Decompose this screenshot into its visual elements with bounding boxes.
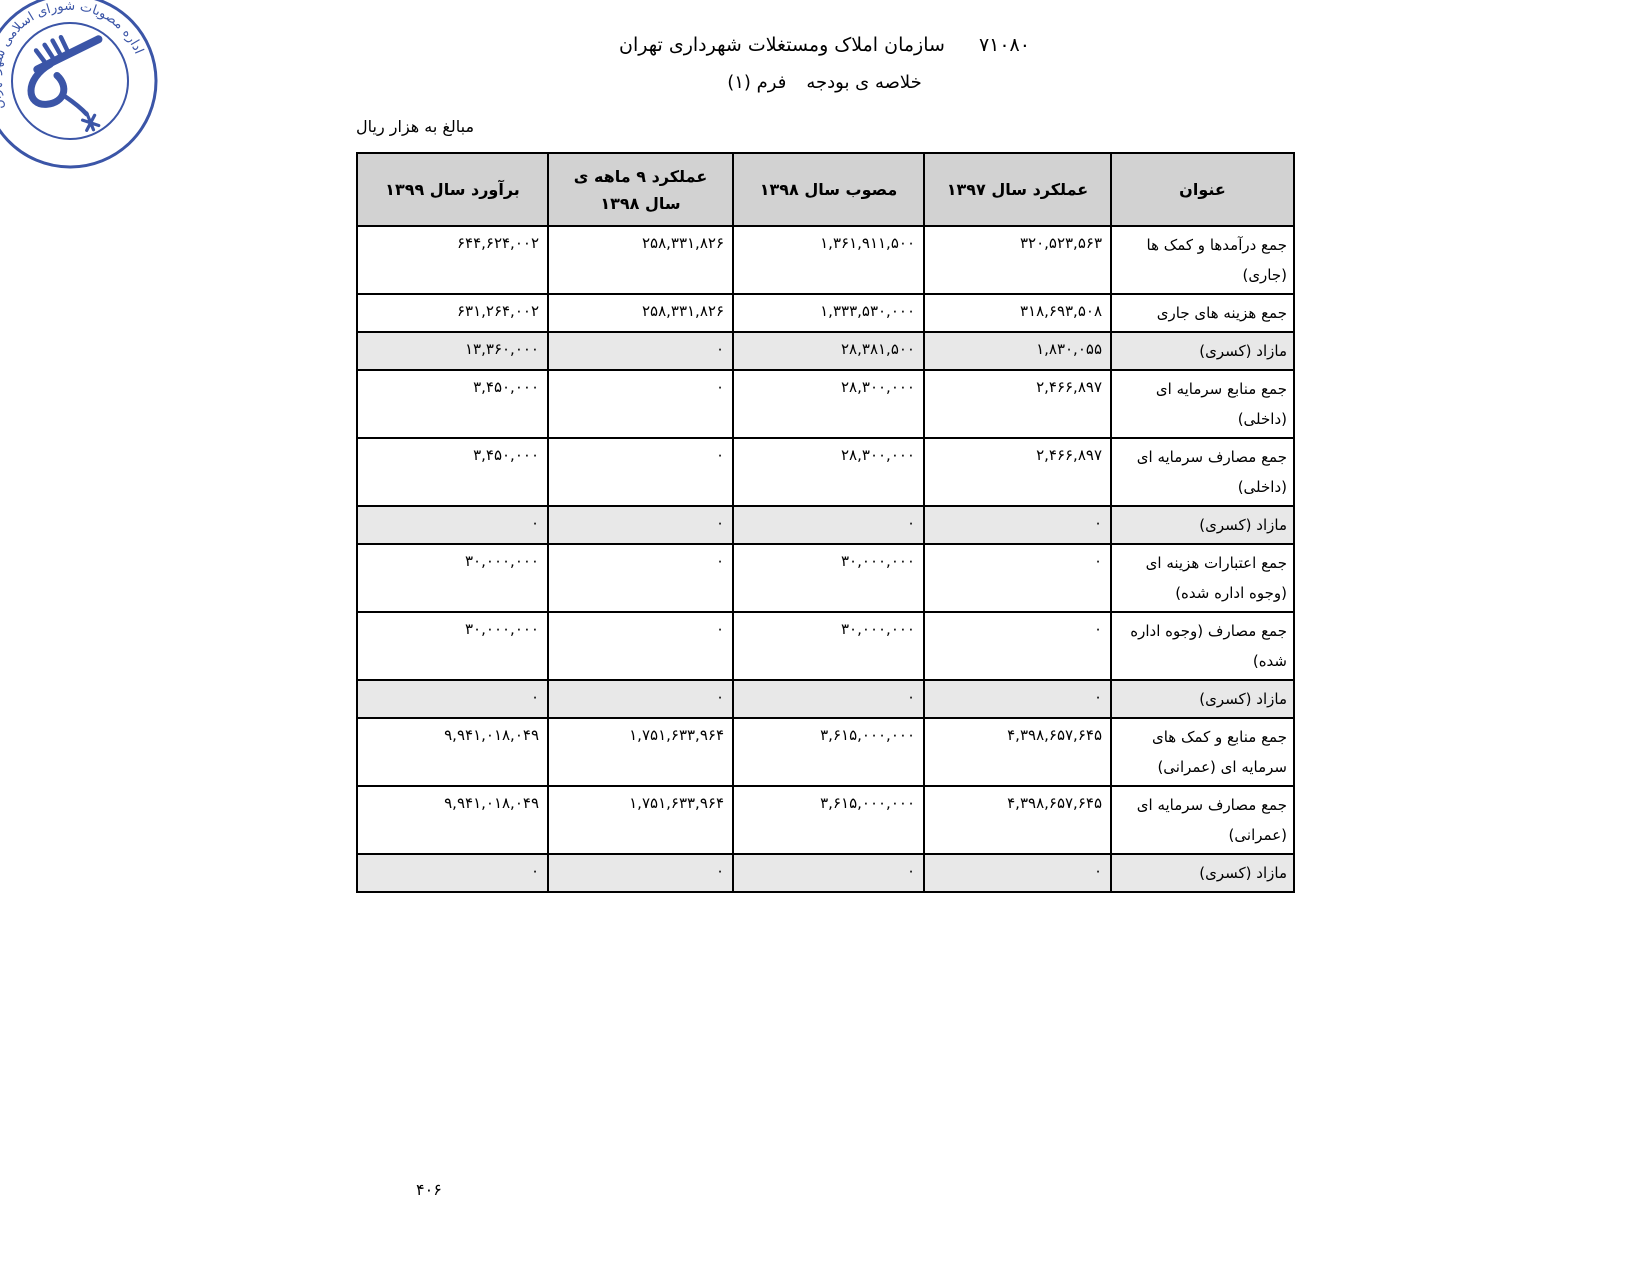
row-title-cell: جمع منابع و کمک های سرمایه ای (عمرانی) xyxy=(1111,718,1294,786)
row-title-cell: جمع مصارف سرمایه ای (داخلی) xyxy=(1111,438,1294,506)
table-row: جمع مصارف سرمایه ای (داخلی) ۲,۴۶۶,۸۹۷ ۲۸… xyxy=(357,438,1294,506)
value-cell-1398-approved: ۰ xyxy=(733,506,924,544)
value-cell-1399-estimate: ۹,۹۴۱,۰۱۸,۰۴۹ xyxy=(357,786,548,854)
value-cell-1398-approved: ۲۸,۳۸۱,۵۰۰ xyxy=(733,332,924,370)
column-header-estimate-1399: برآورد سال ۱۳۹۹ xyxy=(357,153,548,226)
value-cell-1398-9month: ۰ xyxy=(548,332,733,370)
value-cell-1397: ۲,۴۶۶,۸۹۷ xyxy=(924,438,1111,506)
table-row: مازاد (کسری) ۰ ۰ ۰ ۰ xyxy=(357,680,1294,718)
value-cell-1399-estimate: ۱۳,۳۶۰,۰۰۰ xyxy=(357,332,548,370)
value-cell-1398-9month: ۱,۷۵۱,۶۳۳,۹۶۴ xyxy=(548,718,733,786)
value-cell-1399-estimate: ۳۰,۰۰۰,۰۰۰ xyxy=(357,612,548,680)
row-title-cell: مازاد (کسری) xyxy=(1111,506,1294,544)
row-title-cell: جمع مصارف سرمایه ای (عمرانی) xyxy=(1111,786,1294,854)
table-row: جمع اعتبارات هزینه ای (وجوه اداره شده) ۰… xyxy=(357,544,1294,612)
value-cell-1398-approved: ۰ xyxy=(733,854,924,892)
column-header-approved-1398: مصوب سال ۱۳۹۸ xyxy=(733,153,924,226)
budget-table-body: جمع درآمدها و کمک ها (جاری) ۳۲۰,۵۲۳,۵۶۳ … xyxy=(357,226,1294,892)
form-number: فرم (۱) xyxy=(727,72,786,93)
value-cell-1398-approved: ۳۰,۰۰۰,۰۰۰ xyxy=(733,544,924,612)
council-emblem-icon xyxy=(15,24,129,146)
table-row: جمع هزینه های جاری ۳۱۸,۶۹۳,۵۰۸ ۱,۳۳۳,۵۳۰… xyxy=(357,294,1294,332)
value-cell-1398-approved: ۱,۳۶۱,۹۱۱,۵۰۰ xyxy=(733,226,924,294)
value-cell-1399-estimate: ۰ xyxy=(357,506,548,544)
value-cell-1397: ۴,۳۹۸,۶۵۷,۶۴۵ xyxy=(924,786,1111,854)
row-title-cell: جمع منابع سرمایه ای (داخلی) xyxy=(1111,370,1294,438)
org-code: ۷۱۰۸۰ xyxy=(979,34,1030,56)
budget-table: عنوان عملکرد سال ۱۳۹۷ مصوب سال ۱۳۹۸ عملک… xyxy=(356,152,1293,893)
column-header-title: عنوان xyxy=(1111,153,1294,226)
value-cell-1398-9month: ۲۵۸,۳۳۱,۸۲۶ xyxy=(548,226,733,294)
value-cell-1398-approved: ۰ xyxy=(733,680,924,718)
header-subtitle-line: خلاصه ی بودجه فرم (۱) xyxy=(356,72,1293,93)
value-cell-1398-approved: ۲۸,۳۰۰,۰۰۰ xyxy=(733,438,924,506)
value-cell-1398-9month: ۱,۷۵۱,۶۳۳,۹۶۴ xyxy=(548,786,733,854)
value-cell-1397: ۴,۳۹۸,۶۵۷,۶۴۵ xyxy=(924,718,1111,786)
row-title-cell: مازاد (کسری) xyxy=(1111,854,1294,892)
value-cell-1398-approved: ۳۰,۰۰۰,۰۰۰ xyxy=(733,612,924,680)
value-cell-1399-estimate: ۳,۴۵۰,۰۰۰ xyxy=(357,438,548,506)
value-cell-1398-9month: ۰ xyxy=(548,544,733,612)
value-cell-1399-estimate: ۹,۹۴۱,۰۱۸,۰۴۹ xyxy=(357,718,548,786)
value-cell-1397: ۰ xyxy=(924,680,1111,718)
value-cell-1397: ۱,۸۳۰,۰۵۵ xyxy=(924,332,1111,370)
table-header-row: عنوان عملکرد سال ۱۳۹۷ مصوب سال ۱۳۹۸ عملک… xyxy=(357,153,1294,226)
table-row: مازاد (کسری) ۰ ۰ ۰ ۰ xyxy=(357,506,1294,544)
value-cell-1398-approved: ۱,۳۳۳,۵۳۰,۰۰۰ xyxy=(733,294,924,332)
page-header: ۷۱۰۸۰ سازمان املاک ومستغلات شهرداری تهرا… xyxy=(356,34,1293,93)
value-cell-1399-estimate: ۰ xyxy=(357,680,548,718)
value-cell-1399-estimate: ۶۴۴,۶۲۴,۰۰۲ xyxy=(357,226,548,294)
table-row: جمع منابع و کمک های سرمایه ای (عمرانی) ۴… xyxy=(357,718,1294,786)
table-row: مازاد (کسری) ۱,۸۳۰,۰۵۵ ۲۸,۳۸۱,۵۰۰ ۰ ۱۳,۳… xyxy=(357,332,1294,370)
budget-summary-page: { "colors":{ "stamp_blue":"#3b55a7", "he… xyxy=(0,0,1650,1275)
value-cell-1397: ۰ xyxy=(924,854,1111,892)
row-title-cell: جمع مصارف (وجوه اداره شده) xyxy=(1111,612,1294,680)
value-cell-1397: ۰ xyxy=(924,544,1111,612)
council-stamp: اداره مصوبات شورای اسلامی شهر تهران xyxy=(0,0,182,186)
value-cell-1398-approved: ۳,۶۱۵,۰۰۰,۰۰۰ xyxy=(733,786,924,854)
header-title-line: ۷۱۰۸۰ سازمان املاک ومستغلات شهرداری تهرا… xyxy=(356,34,1293,56)
row-title-cell: مازاد (کسری) xyxy=(1111,332,1294,370)
budget-summary-table: عنوان عملکرد سال ۱۳۹۷ مصوب سال ۱۳۹۸ عملک… xyxy=(356,152,1295,893)
row-title-cell: جمع اعتبارات هزینه ای (وجوه اداره شده) xyxy=(1111,544,1294,612)
row-title-cell: جمع هزینه های جاری xyxy=(1111,294,1294,332)
form-title: خلاصه ی بودجه xyxy=(806,72,921,93)
value-cell-1398-9month: ۰ xyxy=(548,680,733,718)
value-cell-1398-9month: ۰ xyxy=(548,612,733,680)
value-cell-1397: ۲,۴۶۶,۸۹۷ xyxy=(924,370,1111,438)
value-cell-1399-estimate: ۰ xyxy=(357,854,548,892)
table-row: مازاد (کسری) ۰ ۰ ۰ ۰ xyxy=(357,854,1294,892)
value-cell-1399-estimate: ۳,۴۵۰,۰۰۰ xyxy=(357,370,548,438)
value-cell-1397: ۰ xyxy=(924,506,1111,544)
table-row: جمع مصارف سرمایه ای (عمرانی) ۴,۳۹۸,۶۵۷,۶… xyxy=(357,786,1294,854)
row-title-cell: جمع درآمدها و کمک ها (جاری) xyxy=(1111,226,1294,294)
value-cell-1399-estimate: ۳۰,۰۰۰,۰۰۰ xyxy=(357,544,548,612)
value-cell-1398-9month: ۰ xyxy=(548,438,733,506)
value-cell-1397: ۳۲۰,۵۲۳,۵۶۳ xyxy=(924,226,1111,294)
table-row: جمع منابع سرمایه ای (داخلی) ۲,۴۶۶,۸۹۷ ۲۸… xyxy=(357,370,1294,438)
table-row: جمع مصارف (وجوه اداره شده) ۰ ۳۰,۰۰۰,۰۰۰ … xyxy=(357,612,1294,680)
value-cell-1398-9month: ۲۵۸,۳۳۱,۸۲۶ xyxy=(548,294,733,332)
row-title-cell: مازاد (کسری) xyxy=(1111,680,1294,718)
page-number: ۴۰۶ xyxy=(416,1180,442,1199)
value-cell-1398-9month: ۰ xyxy=(548,854,733,892)
value-cell-1398-approved: ۳,۶۱۵,۰۰۰,۰۰۰ xyxy=(733,718,924,786)
value-cell-1399-estimate: ۶۳۱,۲۶۴,۰۰۲ xyxy=(357,294,548,332)
value-cell-1398-approved: ۲۸,۳۰۰,۰۰۰ xyxy=(733,370,924,438)
value-cell-1398-9month: ۰ xyxy=(548,370,733,438)
amounts-unit-note: مبالغ به هزار ریال xyxy=(356,117,474,136)
value-cell-1398-9month: ۰ xyxy=(548,506,733,544)
column-header-9month-1398: عملکرد ۹ ماهه ی سال ۱۳۹۸ xyxy=(548,153,733,226)
table-row: جمع درآمدها و کمک ها (جاری) ۳۲۰,۵۲۳,۵۶۳ … xyxy=(357,226,1294,294)
org-name: سازمان املاک ومستغلات شهرداری تهران xyxy=(619,34,945,56)
value-cell-1397: ۰ xyxy=(924,612,1111,680)
value-cell-1397: ۳۱۸,۶۹۳,۵۰۸ xyxy=(924,294,1111,332)
column-header-performance-1397: عملکرد سال ۱۳۹۷ xyxy=(924,153,1111,226)
